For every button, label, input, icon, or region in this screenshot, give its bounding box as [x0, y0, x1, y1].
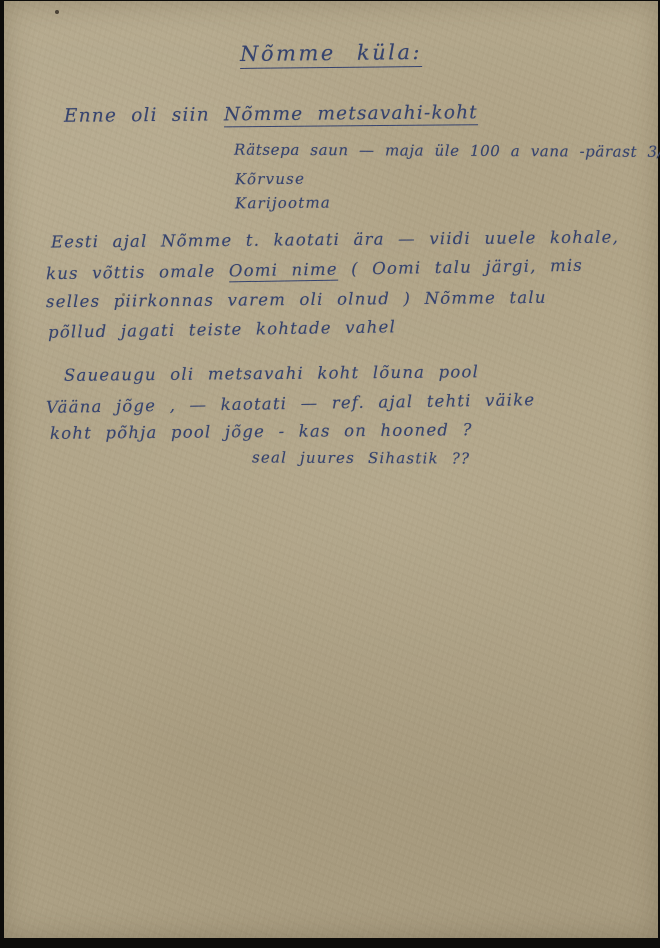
para1-line1: Enne oli siin Nõmme metsavahi-koht [64, 102, 478, 127]
para1-subline-3: Karijootma [235, 194, 331, 213]
paper-speck [55, 10, 59, 14]
para1-line1-underlined: Nõmme metsavahi-koht [224, 102, 478, 127]
para3-line3: koht põhja pool jõge - kas on hooned ? [50, 420, 473, 443]
para2-line2: kus võttis omale Oomi nime ( Oomi talu j… [46, 256, 583, 283]
para2-line3: selles piirkonnas varem oli olnud ) Nõmm… [46, 288, 547, 311]
title-text: Nõmme küla: [240, 40, 422, 69]
para3-line2: Vääna jõge , — kaotati — ref. ajal tehti… [46, 390, 536, 417]
para1-subline-1: Rätsepa saun — maja üle 100 a vana -pära… [234, 141, 660, 162]
para3-line1: Saueaugu oli metsavahi koht lõuna pool [64, 362, 479, 385]
para1-line1-pre: Enne oli siin [64, 104, 224, 126]
para1-subline-2: Kõrvuse [235, 170, 305, 189]
para3-line4: seal juures Sihastik ?? [252, 448, 470, 467]
para2-line2-pre: kus võttis omale [46, 261, 229, 283]
para2-line1: Eesti ajal Nõmme t. kaotati ära — viidi … [51, 228, 619, 252]
para2-line4: põllud jagati teiste kohtade vahel [48, 317, 396, 341]
para2-line2-underlined: Oomi nime [229, 260, 338, 283]
scanned-paper-page: Nõmme küla: Enne oli siin Nõmme metsavah… [4, 1, 658, 938]
document-title: Nõmme küla: [240, 40, 422, 66]
para2-line2-post: ( Oomi talu järgi, mis [338, 256, 584, 279]
